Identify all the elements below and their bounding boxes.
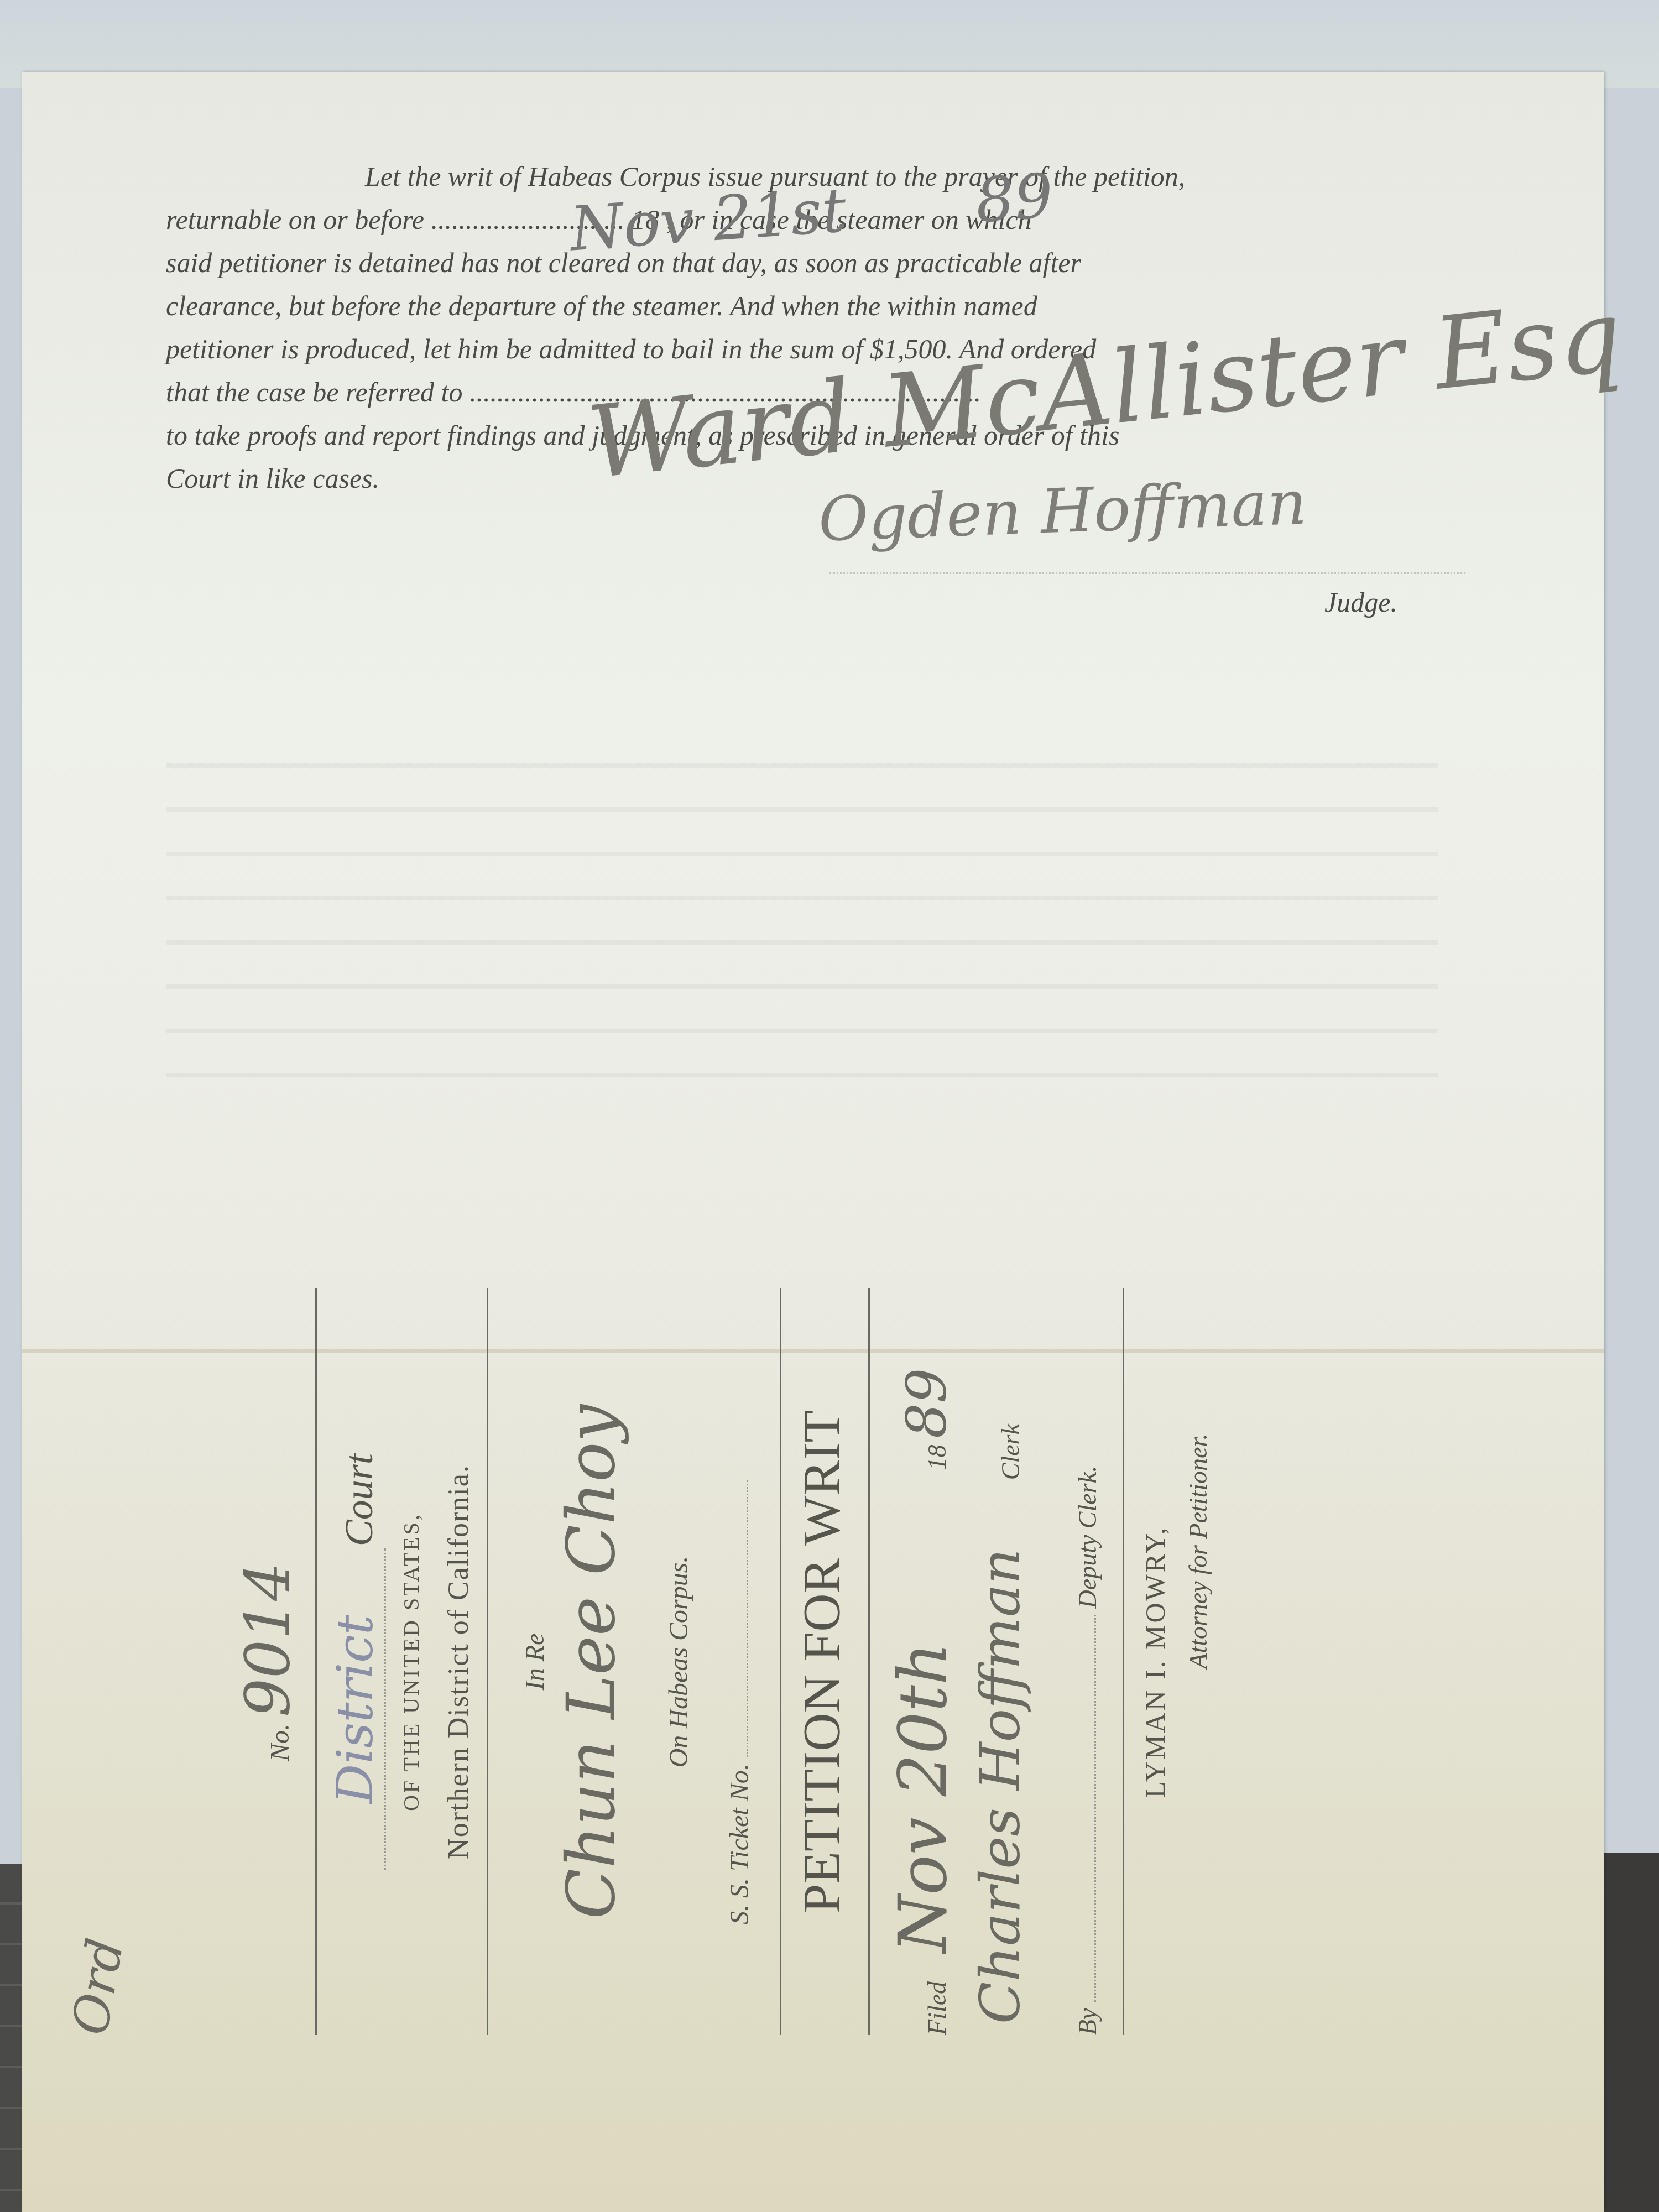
in-re-label: In Re xyxy=(520,1288,550,2035)
clerk-line: Charles Hoffman Clerk xyxy=(968,1288,1032,2035)
filed-line: Filed Nov 20th 18 89 xyxy=(885,1288,962,2035)
rule-4 xyxy=(868,1288,870,2035)
rule-2 xyxy=(487,1288,488,2035)
district-name: Northern District of California. xyxy=(442,1288,475,2035)
attorney-name: LYMAN I. MOWRY, xyxy=(1139,1288,1171,2035)
signature-line xyxy=(830,572,1465,574)
deputy-line: By Deputy Clerk. xyxy=(1073,1288,1102,2035)
rule-3 xyxy=(780,1288,781,2035)
attorney-role: Attorney for Petitioner. xyxy=(1183,1178,1213,2035)
judge-label: Judge. xyxy=(1324,586,1397,618)
cutting-mat-left xyxy=(0,1864,22,2212)
of-united-states: OF THE UNITED STATES, xyxy=(398,1288,424,2035)
endorsement-panel: No. 9014 District Court OF THE UNITED ST… xyxy=(232,1288,1449,2035)
bleed-through-text xyxy=(166,763,1438,1095)
on-habeas-corpus: On Habeas Corpus. xyxy=(664,1288,694,2035)
case-number: No. 9014 xyxy=(232,1288,303,2035)
rule-1 xyxy=(315,1288,317,2035)
court-name: District Court xyxy=(326,1288,386,2035)
petitioner-name: Chun Lee Choy xyxy=(553,1288,630,2035)
rule-5 xyxy=(1123,1288,1124,2035)
document-title: PETITION FOR WRIT xyxy=(791,1288,852,2035)
ticket-number: S. S. Ticket No. xyxy=(724,1288,755,2035)
